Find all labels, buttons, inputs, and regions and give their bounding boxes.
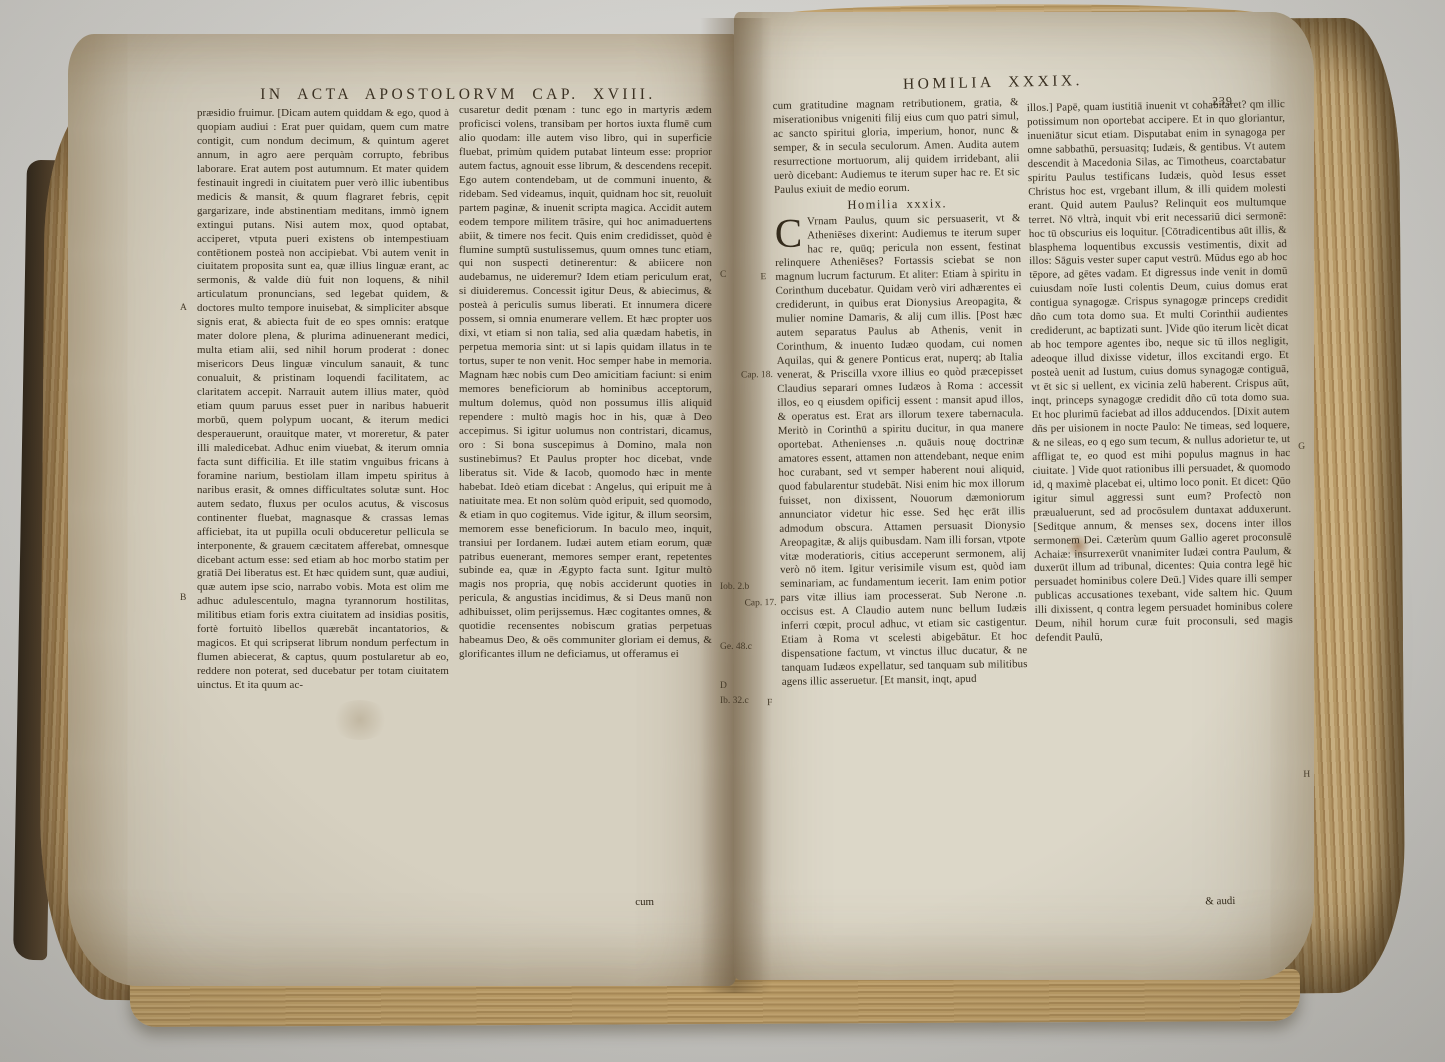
running-header-left: IN ACTA APOSTOLORVM CAP. XVIII. [238,86,678,104]
margin-letter: E [760,272,766,282]
right-col1-body: CVrnam Paulus, quum sic persuaserit, vt … [774,212,1027,690]
right-col1-text: cum gratitudine magnam retributionem, gr… [773,96,1032,912]
catchword: cum [635,896,654,908]
margin-chapter: Cap. 18. [741,370,773,381]
margin-chapter: Cap. 17. [744,598,776,609]
catchword: & audi [1205,895,1235,907]
margin-letter: A [180,303,187,313]
margin-letter: D [720,681,727,691]
left-col2-text: cusaretur dedit pœnam : tunc ego in mart… [459,104,712,896]
margin-reference: Ge. 48.c [720,642,752,652]
left-col1: præsidio fruimur. [Dicam autem quiddam &… [197,107,449,913]
margin-reference: Iob. 2.b [720,582,749,592]
book-photo: IN ACTA APOSTOLORVM CAP. XVIII. HOMILIA … [0,0,1445,1062]
right-col1: cum gratitudine magnam retributionem, gr… [773,96,1032,912]
left-col2: cusaretur dedit pœnam : tunc ego in mart… [459,104,712,896]
margin-letter: F [767,698,772,708]
left-col1-text: præsidio fruimur. [Dicam autem quiddam &… [197,107,449,913]
margin-letter: B [180,593,186,603]
margin-letter: C [720,270,726,280]
margin-letter: H [1303,770,1310,780]
margin-letter: G [1298,442,1305,452]
margin-reference: Ib. 32.c [720,696,749,706]
right-col2: illos.] Papē, quam iustitiā inuenit vt c… [1027,98,1297,898]
drop-cap: C [774,215,807,250]
right-col1-intro: cum gratitudine magnam retributionem, gr… [773,96,1021,198]
right-col1-body-text: Vrnam Paulus, quum sic persuaserit, vt &… [775,212,1028,688]
right-col2-text: illos.] Papē, quam iustitiā inuenit vt c… [1027,98,1297,898]
